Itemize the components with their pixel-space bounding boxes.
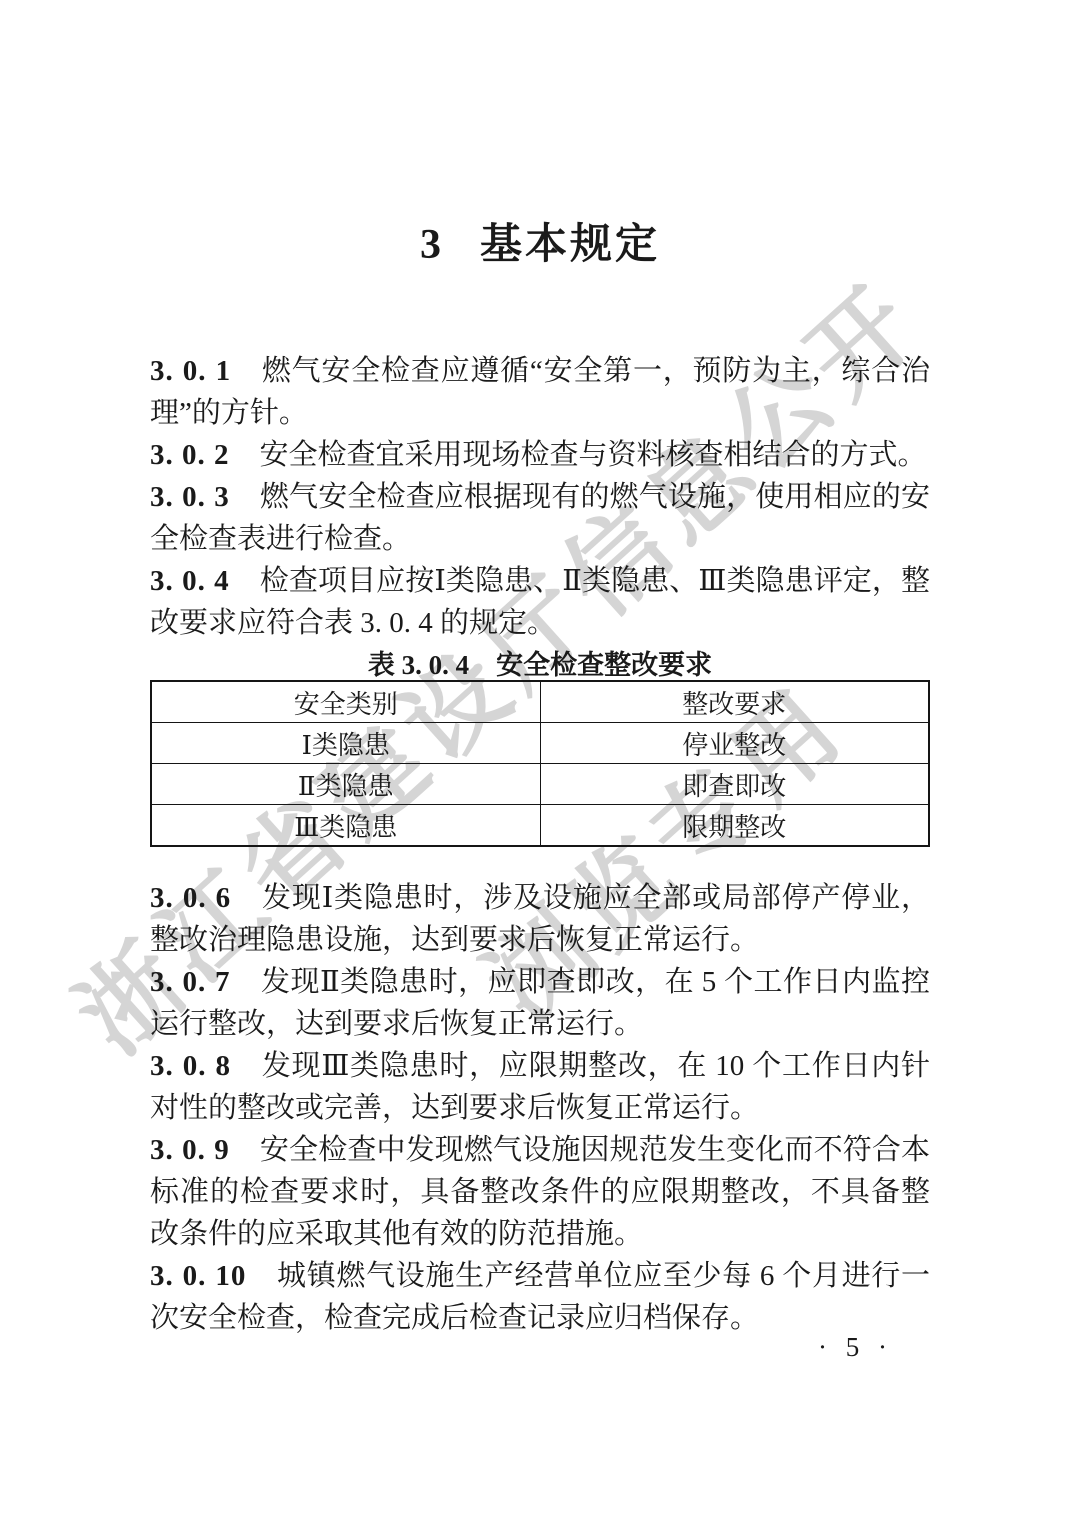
table-cell-category: Ⅲ类隐患 <box>151 805 540 847</box>
clause-number: 3. 0. 9 <box>150 1134 230 1166</box>
table-cell-category: Ⅱ类隐患 <box>151 764 540 805</box>
clause-number: 3. 0. 2 <box>150 439 230 471</box>
clause-text: 安全检查中发现燃气设施因规范发生变化而不符合本标准的检查要求时，具备整改条件的应… <box>150 1134 930 1250</box>
chapter-title: 基本规定 <box>480 222 660 268</box>
clauses-before-table: 3. 0. 1燃气安全检查应遵循“安全第一，预防为主，综合治理”的方针。 3. … <box>150 350 930 644</box>
clause-3-0-10: 3. 0. 10城镇燃气设施生产经营单位应至少每 6 个月进行一次安全检查，检查… <box>150 1255 930 1339</box>
chapter-number: 3 <box>420 222 444 268</box>
clause-number: 3. 0. 10 <box>150 1260 246 1292</box>
clause-text: 发现Ⅱ类隐患时，应即查即改，在 5 个工作日内监控运行整改，达到要求后恢复正常运… <box>150 966 930 1040</box>
table-caption: 表 3. 0. 4 安全检查整改要求 <box>150 650 930 680</box>
clause-3-0-3: 3. 0. 3燃气安全检查应根据现有的燃气设施，使用相应的安全检查表进行检查。 <box>150 476 930 560</box>
clause-text: 发现Ⅰ类隐患时，涉及设施应全部或局部停产停业，整改治理隐患设施，达到要求后恢复正… <box>150 882 930 956</box>
clause-3-0-7: 3. 0. 7发现Ⅱ类隐患时，应即查即改，在 5 个工作日内监控运行整改，达到要… <box>150 961 930 1045</box>
clause-3-0-2: 3. 0. 2安全检查宜采用现场检查与资料核查相结合的方式。 <box>150 434 930 476</box>
clause-number: 3. 0. 1 <box>150 355 231 387</box>
table-cell-requirement: 限期整改 <box>540 805 929 847</box>
clause-3-0-9: 3. 0. 9安全检查中发现燃气设施因规范发生变化而不符合本标准的检查要求时，具… <box>150 1129 930 1255</box>
table-cell-requirement: 停业整改 <box>540 723 929 764</box>
page-number: · 5 · <box>818 1332 893 1363</box>
clause-number: 3. 0. 8 <box>150 1050 231 1082</box>
page-content: 3基本规定 3. 0. 1燃气安全检查应遵循“安全第一，预防为主，综合治理”的方… <box>150 0 930 1339</box>
clause-3-0-1: 3. 0. 1燃气安全检查应遵循“安全第一，预防为主，综合治理”的方针。 <box>150 350 930 434</box>
clause-3-0-6: 3. 0. 6发现Ⅰ类隐患时，涉及设施应全部或局部停产停业，整改治理隐患设施，达… <box>150 877 930 961</box>
clause-text: 城镇燃气设施生产经营单位应至少每 6 个月进行一次安全检查，检查完成后检查记录应… <box>150 1260 930 1334</box>
clause-text: 检查项目应按Ⅰ类隐患、Ⅱ类隐患、Ⅲ类隐患评定，整改要求应符合表 3. 0. 4 … <box>150 565 930 639</box>
clause-text: 发现Ⅲ类隐患时，应限期整改，在 10 个工作日内针对性的整改或完善，达到要求后恢… <box>150 1050 930 1124</box>
table-header-requirement: 整改要求 <box>540 681 929 723</box>
clauses-after-table: 3. 0. 6发现Ⅰ类隐患时，涉及设施应全部或局部停产停业，整改治理隐患设施，达… <box>150 877 930 1339</box>
table-header-category: 安全类别 <box>151 681 540 723</box>
clause-text: 燃气安全检查应根据现有的燃气设施，使用相应的安全检查表进行检查。 <box>150 481 930 555</box>
table-row: Ⅱ类隐患 即查即改 <box>151 764 929 805</box>
clause-text: 燃气安全检查应遵循“安全第一，预防为主，综合治理”的方针。 <box>150 355 930 429</box>
clause-3-0-8: 3. 0. 8发现Ⅲ类隐患时，应限期整改，在 10 个工作日内针对性的整改或完善… <box>150 1045 930 1129</box>
clause-text: 安全检查宜采用现场检查与资料核查相结合的方式。 <box>260 439 927 471</box>
clause-number: 3. 0. 4 <box>150 565 230 597</box>
table-row: Ⅲ类隐患 限期整改 <box>151 805 929 847</box>
table-row: Ⅰ类隐患 停业整改 <box>151 723 929 764</box>
clause-number: 3. 0. 7 <box>150 966 230 998</box>
clause-number: 3. 0. 6 <box>150 882 231 914</box>
clause-number: 3. 0. 3 <box>150 481 230 513</box>
chapter-heading: 3基本规定 <box>150 220 930 270</box>
rectification-requirements-table: 安全类别 整改要求 Ⅰ类隐患 停业整改 Ⅱ类隐患 即查即改 Ⅲ类隐患 限期整改 <box>150 680 930 847</box>
table-header-row: 安全类别 整改要求 <box>151 681 929 723</box>
table-cell-requirement: 即查即改 <box>540 764 929 805</box>
table-cell-category: Ⅰ类隐患 <box>151 723 540 764</box>
clause-3-0-4: 3. 0. 4检查项目应按Ⅰ类隐患、Ⅱ类隐患、Ⅲ类隐患评定，整改要求应符合表 3… <box>150 560 930 644</box>
